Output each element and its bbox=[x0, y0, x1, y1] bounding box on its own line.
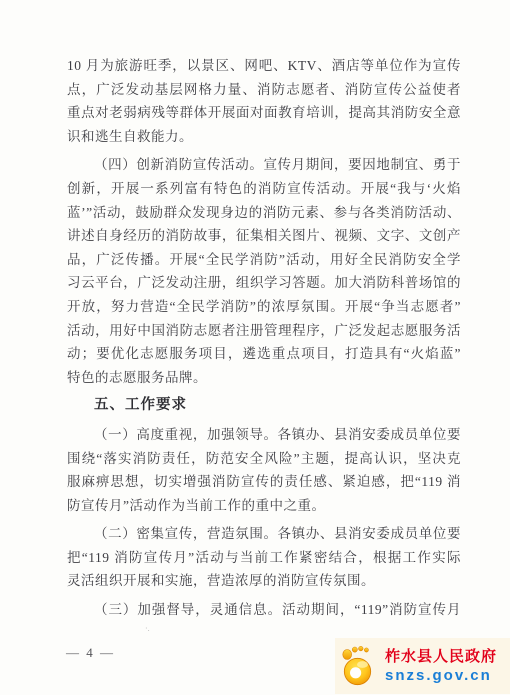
watermark-site-url: snzs.gov.cn bbox=[385, 666, 497, 685]
text-line: 10 月为旅游旺季，以景区、网吧、KTV、酒店等单位作为宣传重 bbox=[67, 54, 461, 78]
page-number: — 4 — bbox=[66, 645, 115, 661]
watermark-org-name: 柞水县人民政府 bbox=[385, 647, 497, 666]
text-line: 特色的志愿服务品牌。 bbox=[67, 366, 461, 390]
text-line: 灵活组织开展和实施，营造浓厚的消防宣传氛围。 bbox=[67, 569, 461, 593]
text-line: 品，广泛传播。开展“全民学消防”活动，用好全民消防安全学 bbox=[67, 248, 461, 272]
text-line: 开放，努力营造“全民学消防”的浓厚氛围。开展“争当志愿者” bbox=[67, 295, 461, 319]
text-line: 动；要优化志愿服务项目，遴选重点项目，打造具有“火焰蓝” bbox=[67, 342, 461, 366]
scan-noise-speck: ·. bbox=[145, 627, 153, 631]
text-line: （二）密集宣传，营造氛围。各镇办、县消安委成员单位要 bbox=[67, 522, 461, 546]
text-line: （一）高度重视，加强领导。各镇办、县消安委成员单位要 bbox=[67, 423, 461, 447]
text-line: 识和逃生自救能力。 bbox=[67, 125, 461, 149]
document-page: 10 月为旅游旺季，以景区、网吧、KTV、酒店等单位作为宣传重点，广泛发动基层网… bbox=[0, 0, 510, 695]
text-line: 围绕“落实消防责任，防范安全风险”主题，提高认识，坚决克 bbox=[67, 447, 461, 471]
text-line: （四）创新消防宣传活动。宣传月期间，要因地制宜、勇于 bbox=[67, 153, 461, 177]
watermark-text-block: 柞水县人民政府 snzs.gov.cn bbox=[385, 647, 497, 685]
text-line: 点，广泛发动基层网格力量、消防志愿者、消防宣传公益使者等， bbox=[67, 78, 461, 102]
text-line: 重点对老弱病残等群体开展面对面教育培训，提高其消防安全意 bbox=[67, 101, 461, 125]
footprint-logo-icon bbox=[341, 645, 375, 687]
text-line: 讲述自身经历的消防故事，征集相关图片、视频、文字、文创产 bbox=[67, 224, 461, 248]
document-body: 10 月为旅游旺季，以景区、网吧、KTV、酒店等单位作为宣传重点，广泛发动基层网… bbox=[67, 54, 461, 622]
text-line: 把“119 消防宣传月”活动与当前工作紧密结合，根据工作实际 bbox=[67, 546, 461, 570]
text-line: （三）加强督导，灵通信息。活动期间，“119”消防宣传月 bbox=[67, 598, 461, 622]
text-line: 习云平台，广泛发动注册，组织学习答题。加大消防科普场馆的 bbox=[67, 271, 461, 295]
text-line: 防宣传月”活动作为当前工作的重中之重。 bbox=[67, 494, 461, 518]
text-line: 活动，用好中国消防志愿者注册管理程序，广泛发起志愿服务活 bbox=[67, 319, 461, 343]
text-line: 服麻痹思想，切实增强消防宣传的责任感、紧迫感，把“119 消 bbox=[67, 470, 461, 494]
site-watermark: 柞水县人民政府 snzs.gov.cn bbox=[335, 638, 510, 694]
section-heading: 五、工作要求 bbox=[67, 394, 461, 418]
text-line: 蓝’”活动，鼓励群众发现身边的消防元素、参与各类消防活动、 bbox=[67, 201, 461, 225]
text-line: 创新，开展一系列富有特色的消防宣传活动。开展“我与‘火焰 bbox=[67, 177, 461, 201]
